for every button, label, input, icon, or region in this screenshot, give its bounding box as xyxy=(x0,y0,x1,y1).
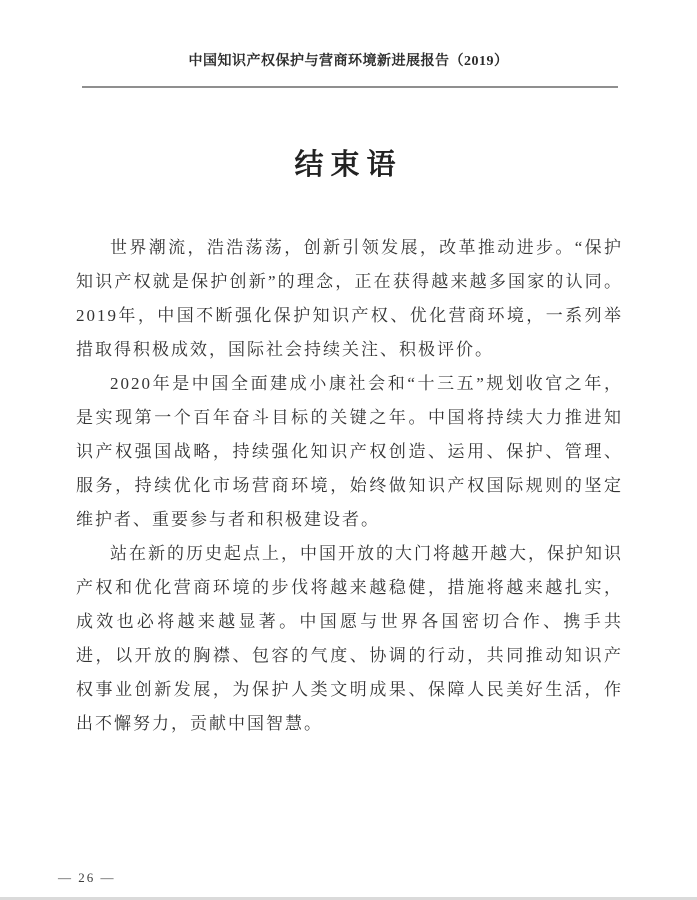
body-text: 世界潮流，浩浩荡荡，创新引领发展，改革推动进步。“保护知识产权就是保护创新”的理… xyxy=(76,231,623,741)
header-rule xyxy=(82,86,618,88)
page-number: — 26 — xyxy=(58,870,116,886)
paragraph-1: 世界潮流，浩浩荡荡，创新引领发展，改革推动进步。“保护知识产权就是保护创新”的理… xyxy=(76,231,623,367)
paragraph-3: 站在新的历史起点上，中国开放的大门将越开越大，保护知识产权和优化营商环境的步伐将… xyxy=(76,537,623,741)
paragraph-2: 2020年是中国全面建成小康社会和“十三五”规划收官之年，是实现第一个百年奋斗目… xyxy=(76,367,623,537)
running-header-title: 中国知识产权保护与营商环境新进展报告（2019） xyxy=(0,50,697,70)
section-title: 结束语 xyxy=(0,142,697,183)
document-page: 中国知识产权保护与营商环境新进展报告（2019） 结束语 世界潮流，浩浩荡荡，创… xyxy=(0,0,697,900)
